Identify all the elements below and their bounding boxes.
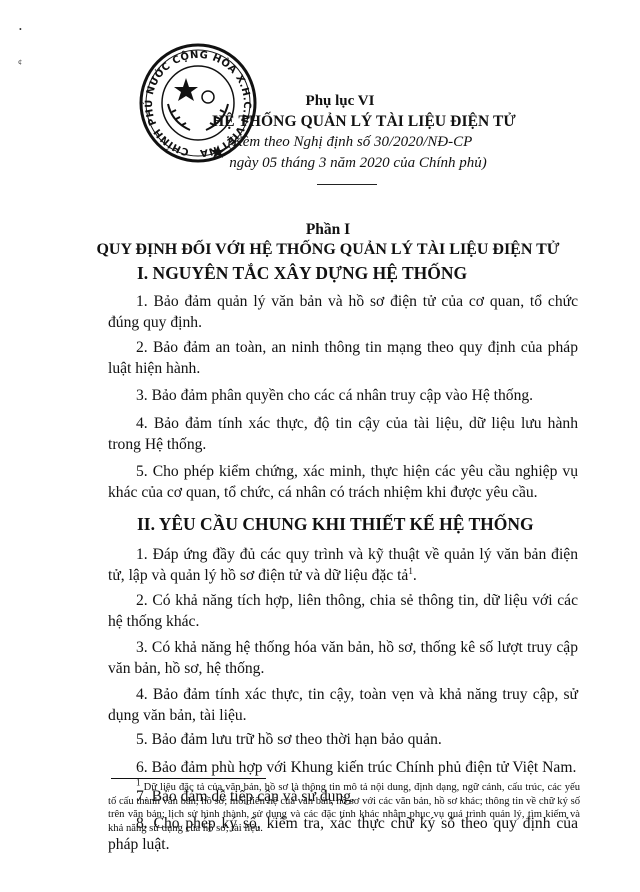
section-heading: II. YÊU CẦU CHUNG KHI THIẾT KẾ HỆ THỐNG (137, 514, 534, 535)
part-title: Phần I (8, 221, 640, 239)
part-subtitle: QUY ĐỊNH ĐỐI VỚI HỆ THỐNG QUẢN LÝ TÀI LI… (8, 241, 640, 259)
list-item: 4. Bảo đảm tính xác thực, tin cậy, toàn … (108, 684, 578, 726)
section-heading: I. NGUYÊN TẮC XÂY DỰNG HỆ THỐNG (137, 263, 467, 284)
scan-mark: ¢ (18, 58, 22, 67)
footnote: 1 Dữ liệu đặc tả của văn bản, hồ sơ là t… (108, 781, 580, 835)
header-divider (317, 184, 377, 185)
list-item-text: 1. Đáp ứng đầy đủ các quy trình và kỹ th… (108, 546, 578, 584)
appendix-title: Phụ lục VI (20, 93, 640, 110)
list-item: 6. Bảo đảm phù hợp với Khung kiến trúc C… (108, 757, 578, 778)
list-item: 5. Bảo đảm lưu trữ hồ sơ theo thời hạn b… (108, 729, 578, 750)
scan-mark: • (19, 25, 22, 34)
list-item: 1. Bảo đảm quản lý văn bản và hồ sơ điện… (108, 291, 578, 333)
list-item: 1. Đáp ứng đầy đủ các quy trình và kỹ th… (108, 544, 578, 586)
list-item: 4. Bảo đảm tính xác thực, độ tin cậy của… (108, 413, 578, 455)
list-item: 3. Có khả năng hệ thống hóa văn bản, hồ … (108, 637, 578, 679)
list-item: 3. Bảo đảm phân quyền cho các cá nhân tr… (108, 385, 578, 406)
footnote-divider (111, 778, 266, 779)
footnote-text: Dữ liệu đặc tả của văn bản, hồ sơ là thô… (108, 782, 580, 834)
footnote-marker: 1 (136, 777, 141, 787)
document-title: HỆ THỐNG QUẢN LÝ TÀI LIỆU ĐIỆN TỬ (44, 113, 640, 131)
decree-date: ngày 05 tháng 3 năm 2020 của Chính phủ) (38, 155, 640, 172)
list-item: 5. Cho phép kiểm chứng, xác minh, thực h… (108, 461, 578, 503)
decree-reference: (Kèm theo Nghị định số 30/2020/NĐ-CP (30, 134, 640, 151)
list-item: 2. Có khả năng tích hợp, liên thông, chi… (108, 590, 578, 632)
list-item: 2. Bảo đảm an toàn, an ninh thông tin mạ… (108, 337, 578, 379)
